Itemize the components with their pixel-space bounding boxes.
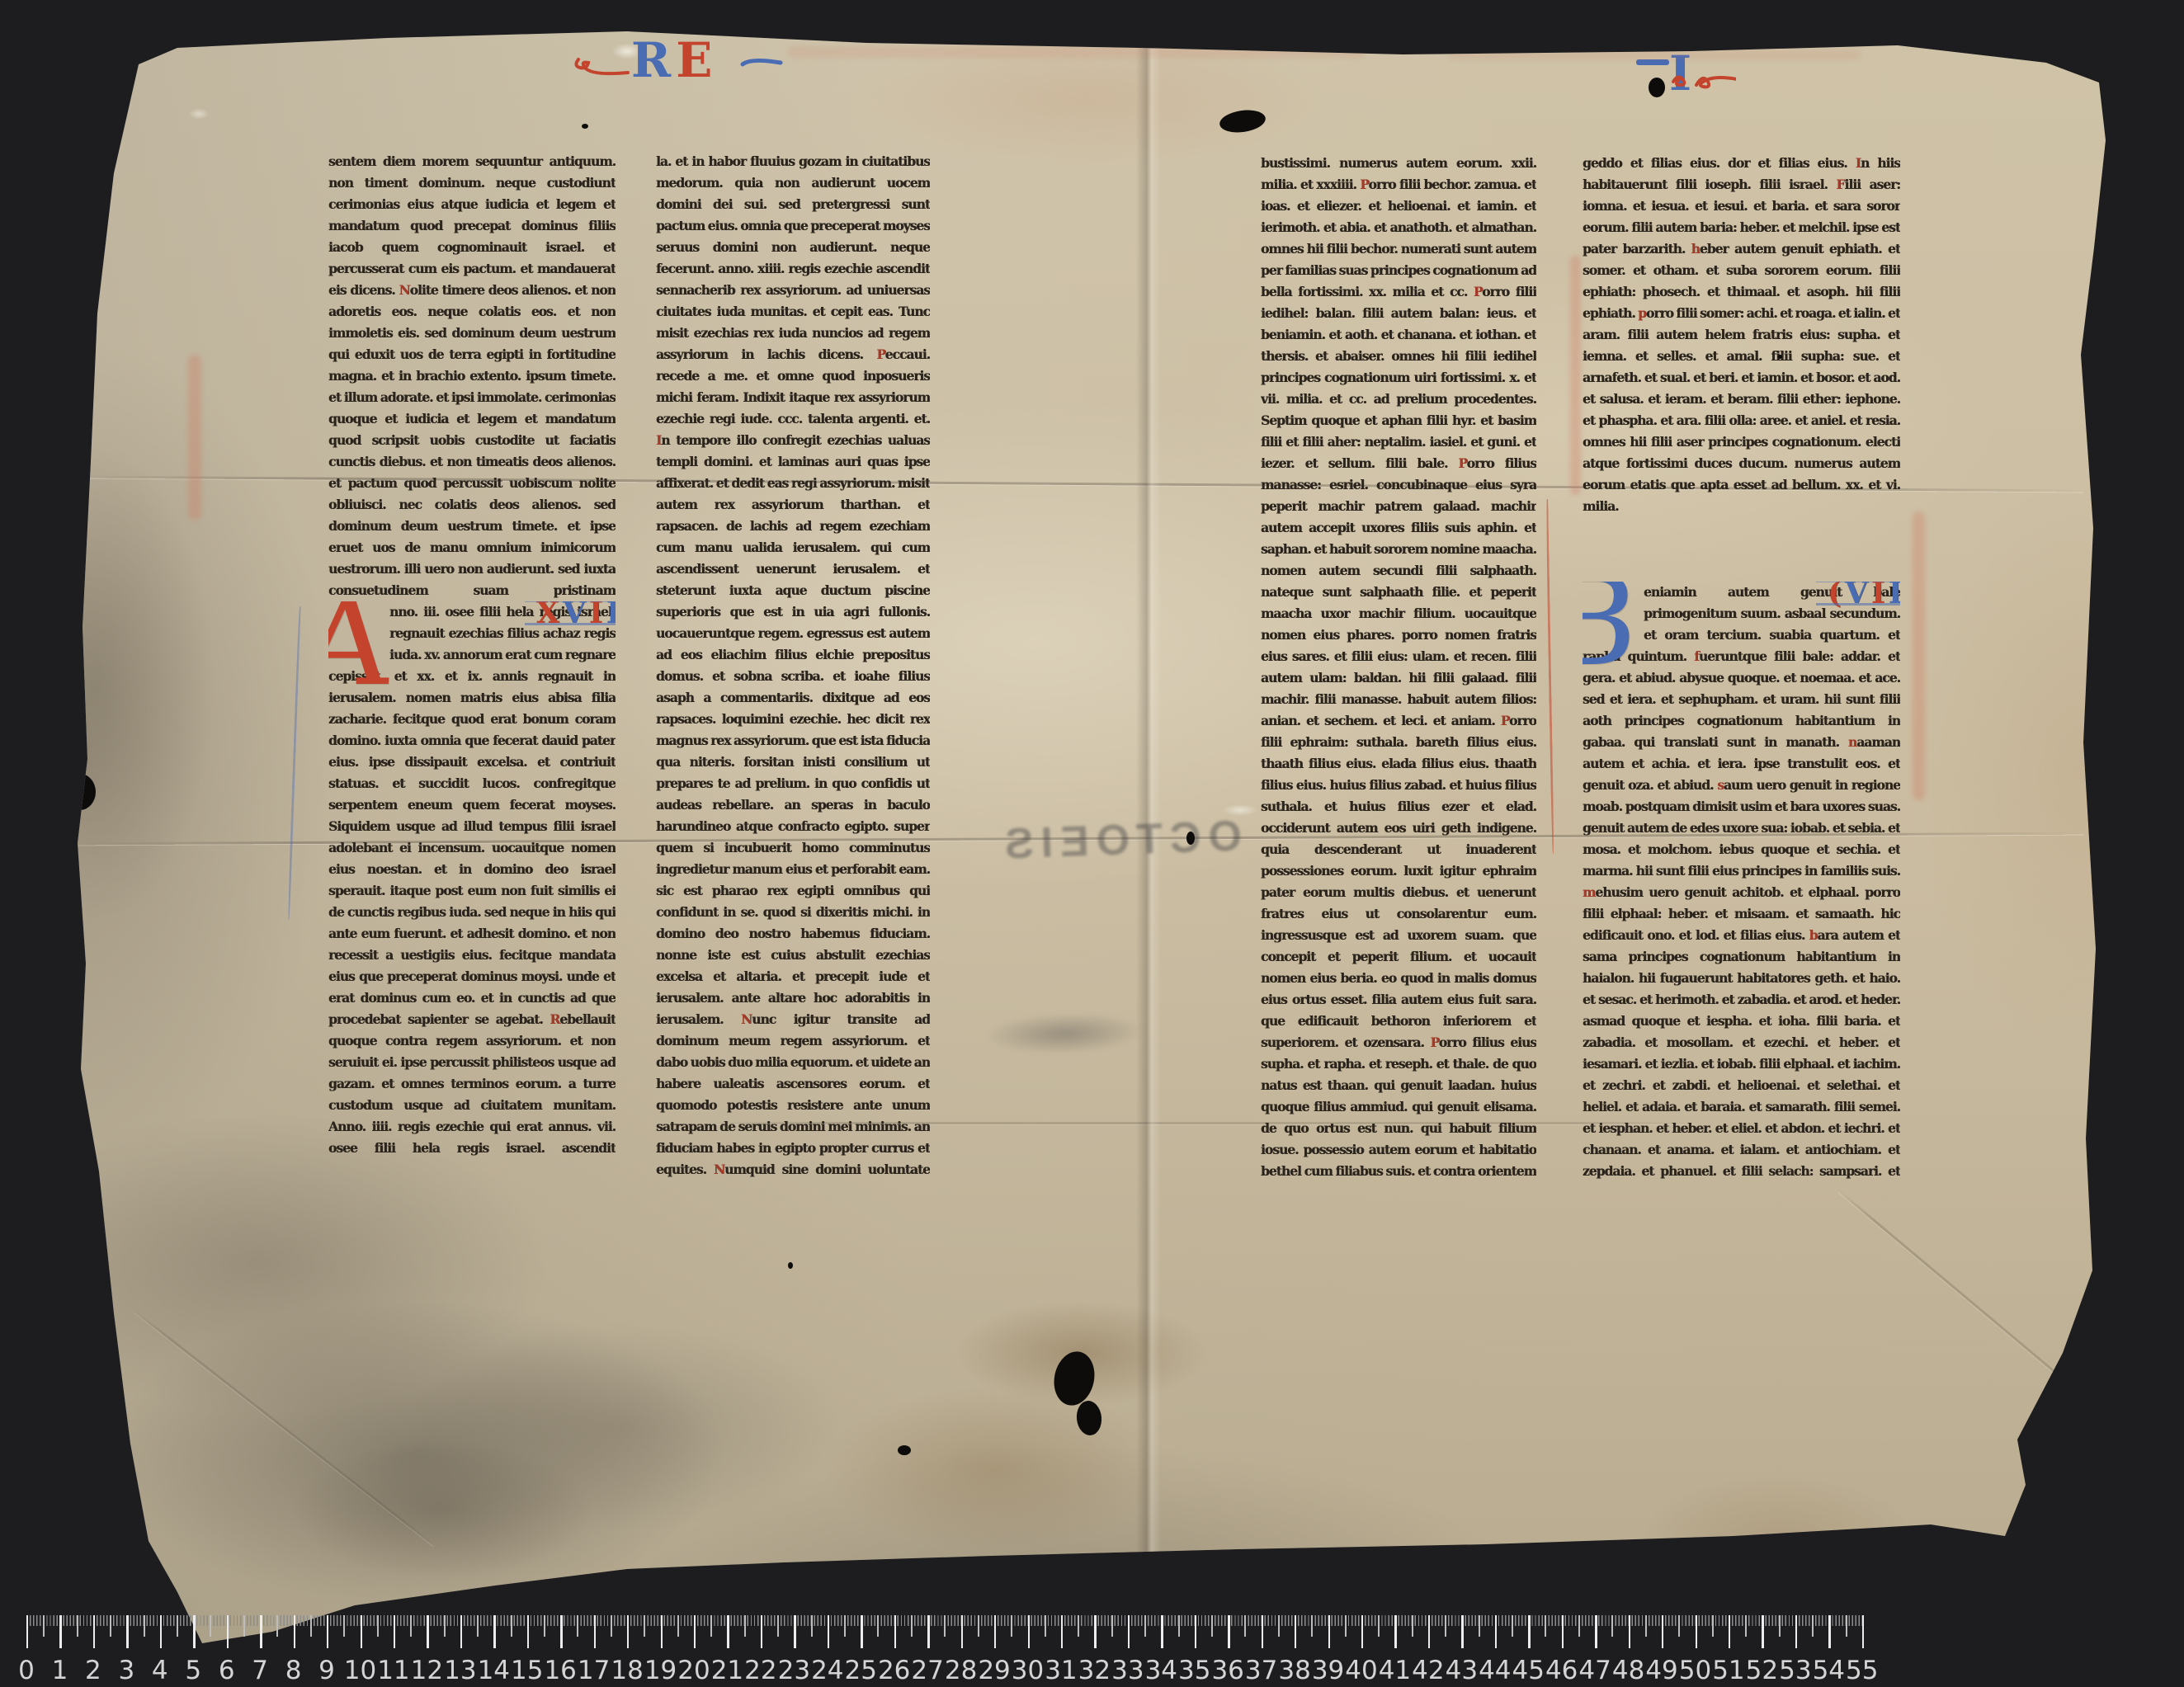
chapter-numeral: XVIII: [536, 601, 616, 628]
ruler-label: 10: [342, 1656, 379, 1685]
ruler-tick-half: [1378, 1615, 1380, 1637]
ruler-tick-cm: [1061, 1615, 1063, 1648]
ruler-tick-half: [310, 1615, 312, 1637]
ruler-tick-cm: [1295, 1615, 1296, 1648]
ruler-tick-half: [177, 1615, 178, 1637]
ruler: 0123456789101112131415161718192021222324…: [0, 1615, 2184, 1687]
pink-stain: [188, 355, 201, 520]
ruler-tick-cm: [894, 1615, 896, 1648]
ruler-tick-half: [110, 1615, 111, 1637]
ruler-label: 41: [1376, 1656, 1413, 1685]
ruler-tick-half: [1779, 1615, 1781, 1637]
ruler-tick-cm: [1028, 1615, 1030, 1648]
ruler-tick-cm: [126, 1615, 128, 1648]
ruler-tick-half: [1846, 1615, 1847, 1637]
running-title-letter: E: [676, 32, 717, 88]
pink-stain: [1448, 49, 1861, 59]
ruler-tick-half: [210, 1615, 211, 1637]
ruler-label: 5: [175, 1656, 211, 1685]
pink-stain: [1913, 511, 1925, 800]
ruler-label: 16: [542, 1656, 578, 1685]
ruler-tick-half: [644, 1615, 645, 1637]
dark-blob: [898, 1445, 911, 1455]
ruler-tick-half: [1678, 1615, 1680, 1637]
dark-blob: [1075, 1400, 1103, 1437]
ruler-tick-cm: [1828, 1615, 1830, 1648]
ruler-tick-cm: [1461, 1615, 1463, 1648]
stamp-offset-text: OCTOEIS: [1026, 803, 1243, 876]
ruler-tick-cm: [1394, 1615, 1396, 1648]
ruler-tick-half: [377, 1615, 379, 1637]
ruler-label: 12: [408, 1656, 445, 1685]
pink-stain: [788, 46, 1366, 58]
blue-filigree: [287, 606, 300, 920]
ruler-tick-cm: [1195, 1615, 1196, 1648]
stamp-offset-smudge: [975, 1003, 1154, 1063]
ruler-label: 33: [1110, 1656, 1146, 1685]
ruler-tick-half: [1578, 1615, 1580, 1637]
ruler-tick-half: [544, 1615, 545, 1637]
ruler-tick-half: [877, 1615, 879, 1637]
ruler-tick-half: [1611, 1615, 1613, 1637]
ruler-tick-cm: [1128, 1615, 1130, 1648]
ruler-label: 39: [1310, 1656, 1347, 1685]
ruler-tick-half: [978, 1615, 979, 1637]
ruler-label: 34: [1143, 1656, 1179, 1685]
ruler-label: 32: [1076, 1656, 1112, 1685]
ruler-tick-cm: [59, 1615, 61, 1648]
ruler-tick-half: [677, 1615, 679, 1637]
ruler-label: 44: [1477, 1656, 1513, 1685]
ruler-tick-cm: [1729, 1615, 1730, 1648]
chapter-initial-A: A: [328, 601, 393, 690]
diagonal-crease: [134, 1311, 435, 1547]
ruler-tick-cm: [294, 1615, 295, 1648]
ruler-tick-cm: [794, 1615, 795, 1648]
ruler-tick-cm: [861, 1615, 862, 1648]
ruler-label: 14: [475, 1656, 512, 1685]
ruler-tick-cm: [1428, 1615, 1430, 1648]
ruler-tick-cm: [694, 1615, 696, 1648]
ruler-tick-half: [1412, 1615, 1413, 1637]
ruler-label: 4: [142, 1656, 178, 1685]
ruler-label: 26: [876, 1656, 913, 1685]
chapter-numeral: (VIII: [1828, 582, 1900, 608]
ruler-tick-half: [1545, 1615, 1546, 1637]
ruler-label: 18: [609, 1656, 645, 1685]
ruler-label: 53: [1777, 1656, 1814, 1685]
blue-dash-icon: [739, 56, 784, 73]
chapter-initial-B: B: [1583, 582, 1640, 671]
ruler-tick-half: [410, 1615, 412, 1637]
manuscript-column-1: sentem diem morem sequuntur antiquum. no…: [328, 151, 616, 1159]
diagonal-crease: [1838, 1190, 2130, 1436]
ruler-tick-half: [511, 1615, 512, 1637]
ruler-tick-half: [1311, 1615, 1313, 1637]
running-title-letter: R: [631, 32, 676, 88]
ruler-tick-cm: [661, 1615, 663, 1648]
ruler-label: 35: [1177, 1656, 1213, 1685]
running-title-left: RE: [573, 36, 784, 84]
dark-blob: [1218, 107, 1267, 135]
ruler-tick-half: [1812, 1615, 1814, 1637]
manuscript-column-4: geddo et filias eius. dor et filias eius…: [1583, 153, 1900, 1182]
ruler-label: 30: [1010, 1656, 1046, 1685]
ruler-tick-half: [777, 1615, 779, 1637]
pink-stain: [1570, 256, 1581, 495]
ruler-tick-cm: [1762, 1615, 1763, 1648]
ruler-tick-half: [1078, 1615, 1079, 1637]
ruler-tick-half: [744, 1615, 746, 1637]
ruler-label: 49: [1644, 1656, 1680, 1685]
ruler-tick-half: [1345, 1615, 1347, 1637]
ruler-tick-cm: [527, 1615, 529, 1648]
ruler-tick-half: [477, 1615, 479, 1637]
dark-blob: [1186, 832, 1195, 845]
red-flourish-icon: [573, 48, 631, 81]
ruler-tick-cm: [1795, 1615, 1797, 1648]
ruler-tick-half: [1479, 1615, 1480, 1637]
ruler-label: 54: [1810, 1656, 1847, 1685]
text-section: geddo et filias eius. dor et filias eius…: [1583, 153, 1900, 582]
ruler-tick-half: [911, 1615, 913, 1637]
dark-blob: [1050, 1348, 1100, 1410]
ruler-tick-cm: [1662, 1615, 1663, 1648]
ruler-tick-cm: [560, 1615, 562, 1648]
text-section: In tempore illo confregit ezechias ualua…: [656, 430, 930, 1180]
ruler-label: 22: [743, 1656, 779, 1685]
ruler-tick-cm: [1262, 1615, 1263, 1648]
ruler-label: 47: [1577, 1656, 1613, 1685]
ruler-tick-half: [710, 1615, 712, 1637]
dark-blob: [64, 774, 96, 810]
ruler-tick-half: [844, 1615, 846, 1637]
ruler-label: 48: [1611, 1656, 1647, 1685]
ruler-label: 0: [8, 1656, 45, 1685]
ruler-tick-half: [1178, 1615, 1180, 1637]
text-section: sentem diem morem sequuntur antiquum. no…: [328, 151, 616, 601]
ruler-label: 36: [1210, 1656, 1246, 1685]
ruler-label: 43: [1443, 1656, 1479, 1685]
ruler-label: 17: [576, 1656, 612, 1685]
dark-blob: [1649, 78, 1665, 97]
ruler-tick-cm: [427, 1615, 428, 1648]
ruler-tick-cm: [260, 1615, 262, 1648]
ruler-label: 2: [75, 1656, 111, 1685]
ruler-tick-half: [1512, 1615, 1513, 1637]
ruler-tick-half: [1045, 1615, 1046, 1637]
ruler-tick-cm: [93, 1615, 95, 1648]
ruler-tick-cm: [1161, 1615, 1163, 1648]
ruler-tick-cm: [493, 1615, 495, 1648]
ruler-tick-cm: [1528, 1615, 1530, 1648]
red-curl-icon: [1670, 64, 1736, 92]
ruler-tick-cm: [327, 1615, 328, 1648]
ruler-label: 13: [442, 1656, 479, 1685]
ruler-tick-half: [343, 1615, 345, 1637]
ruler-label: 25: [842, 1656, 879, 1685]
ruler-tick-half: [1445, 1615, 1446, 1637]
ruler-tick-half: [43, 1615, 45, 1637]
ruler-label: 19: [643, 1656, 679, 1685]
ruler-label: 23: [776, 1656, 812, 1685]
ruler-label: 50: [1677, 1656, 1714, 1685]
ruler-tick-cm: [1328, 1615, 1330, 1648]
ruler-tick-cm: [961, 1615, 963, 1648]
ruler-tick-cm: [1228, 1615, 1229, 1648]
ruler-tick-half: [944, 1615, 946, 1637]
ruler-tick-cm: [594, 1615, 596, 1648]
ruler-label: 1: [41, 1656, 78, 1685]
manuscript-column-2: la. et in habor fluuius gozam in ciuitat…: [656, 151, 930, 1180]
ruler-label: 29: [976, 1656, 1012, 1685]
ruler-label: 37: [1243, 1656, 1280, 1685]
ruler-label: 27: [909, 1656, 946, 1685]
ruler-tick-cm: [1696, 1615, 1697, 1648]
ruler-tick-cm: [1595, 1615, 1597, 1648]
ruler-label: 6: [209, 1656, 245, 1685]
ruler-tick-cm: [460, 1615, 462, 1648]
ruler-label: 7: [242, 1656, 278, 1685]
ruler-label: 8: [276, 1656, 312, 1685]
ruler-label: 9: [309, 1656, 345, 1685]
ruler-tick-cm: [361, 1615, 362, 1648]
dark-blob: [582, 124, 588, 129]
ruler-tick-half: [1211, 1615, 1213, 1637]
ruler-tick-half: [1745, 1615, 1747, 1637]
ruler-tick-half: [276, 1615, 278, 1637]
ruler-tick-cm: [1094, 1615, 1096, 1648]
ruler-tick-half: [1111, 1615, 1113, 1637]
ruler-label: 31: [1043, 1656, 1079, 1685]
ruler-label: 28: [943, 1656, 979, 1685]
red-filigree: [1545, 499, 1554, 854]
ruler-tick-half: [1144, 1615, 1146, 1637]
ruler-label: 52: [1743, 1656, 1780, 1685]
ruler-tick-half: [1712, 1615, 1714, 1637]
ruler-label: 51: [1710, 1656, 1747, 1685]
ruler-tick-cm: [994, 1615, 996, 1648]
ruler-label: 42: [1410, 1656, 1446, 1685]
ruler-tick-cm: [26, 1615, 28, 1648]
ruler-tick-cm: [394, 1615, 395, 1648]
ruler-tick-half: [144, 1615, 145, 1637]
ruler-label: 40: [1343, 1656, 1380, 1685]
manuscript-photo-stage: RE I sentem diem morem sequuntur antiquu…: [0, 0, 2184, 1687]
manuscript-column-3: bustissimi. numerus autem eorum. xxii. m…: [1261, 153, 1536, 1182]
ruler-tick-half: [243, 1615, 245, 1637]
ruler-label: 15: [509, 1656, 545, 1685]
ruler-tick-half: [611, 1615, 612, 1637]
ruler-tick-cm: [828, 1615, 829, 1648]
ruler-label: 11: [375, 1656, 412, 1685]
ruler-tick-cm: [1495, 1615, 1497, 1648]
ruler-tick-cm: [1629, 1615, 1630, 1648]
chapter-section: AXVIIInno. iii. osee filii hela regis is…: [328, 601, 616, 1159]
ruler-tick-cm: [227, 1615, 229, 1648]
ruler-label: 24: [809, 1656, 846, 1685]
ruler-tick-cm: [627, 1615, 629, 1648]
ruler-label: 21: [709, 1656, 745, 1685]
ruler-tick-cm: [1862, 1615, 1864, 1648]
text-section: bustissimi. numerus autem eorum. xxii. m…: [1261, 153, 1536, 1182]
ruler-tick-half: [77, 1615, 78, 1637]
ruler-tick-cm: [160, 1615, 162, 1648]
text-section: la. et in habor fluuius gozam in ciuitat…: [656, 151, 930, 430]
ruler-tick-half: [577, 1615, 578, 1637]
ruler-tick-cm: [1361, 1615, 1363, 1648]
ruler-label: 45: [1510, 1656, 1546, 1685]
dark-blob: [788, 1262, 793, 1269]
dark-blob: [1778, 355, 1782, 359]
parchment-sheet: RE I sentem diem morem sequuntur antiquu…: [45, 25, 2110, 1650]
ruler-tick-half: [1645, 1615, 1647, 1637]
ruler-tick-half: [1011, 1615, 1012, 1637]
ruler-tick-cm: [927, 1615, 929, 1648]
chapter-section: B(VIIIeniamin autem genuit bale primogen…: [1583, 582, 1900, 1182]
ruler-label: 55: [1844, 1656, 1880, 1685]
ruler-tick-cm: [193, 1615, 195, 1648]
ruler-tick-half: [444, 1615, 446, 1637]
ruler-tick-half: [1244, 1615, 1246, 1637]
ruler-tick-cm: [1562, 1615, 1564, 1648]
dark-blob: [40, 1048, 78, 1082]
ruler-label: 46: [1544, 1656, 1580, 1685]
ruler-label: 20: [676, 1656, 712, 1685]
ruler-label: 3: [108, 1656, 144, 1685]
ruler-label: 38: [1276, 1656, 1313, 1685]
ruler-tick-cm: [727, 1615, 729, 1648]
ruler-tick-half: [811, 1615, 813, 1637]
ruler-tick-cm: [761, 1615, 762, 1648]
ruler-tick-half: [1278, 1615, 1280, 1637]
